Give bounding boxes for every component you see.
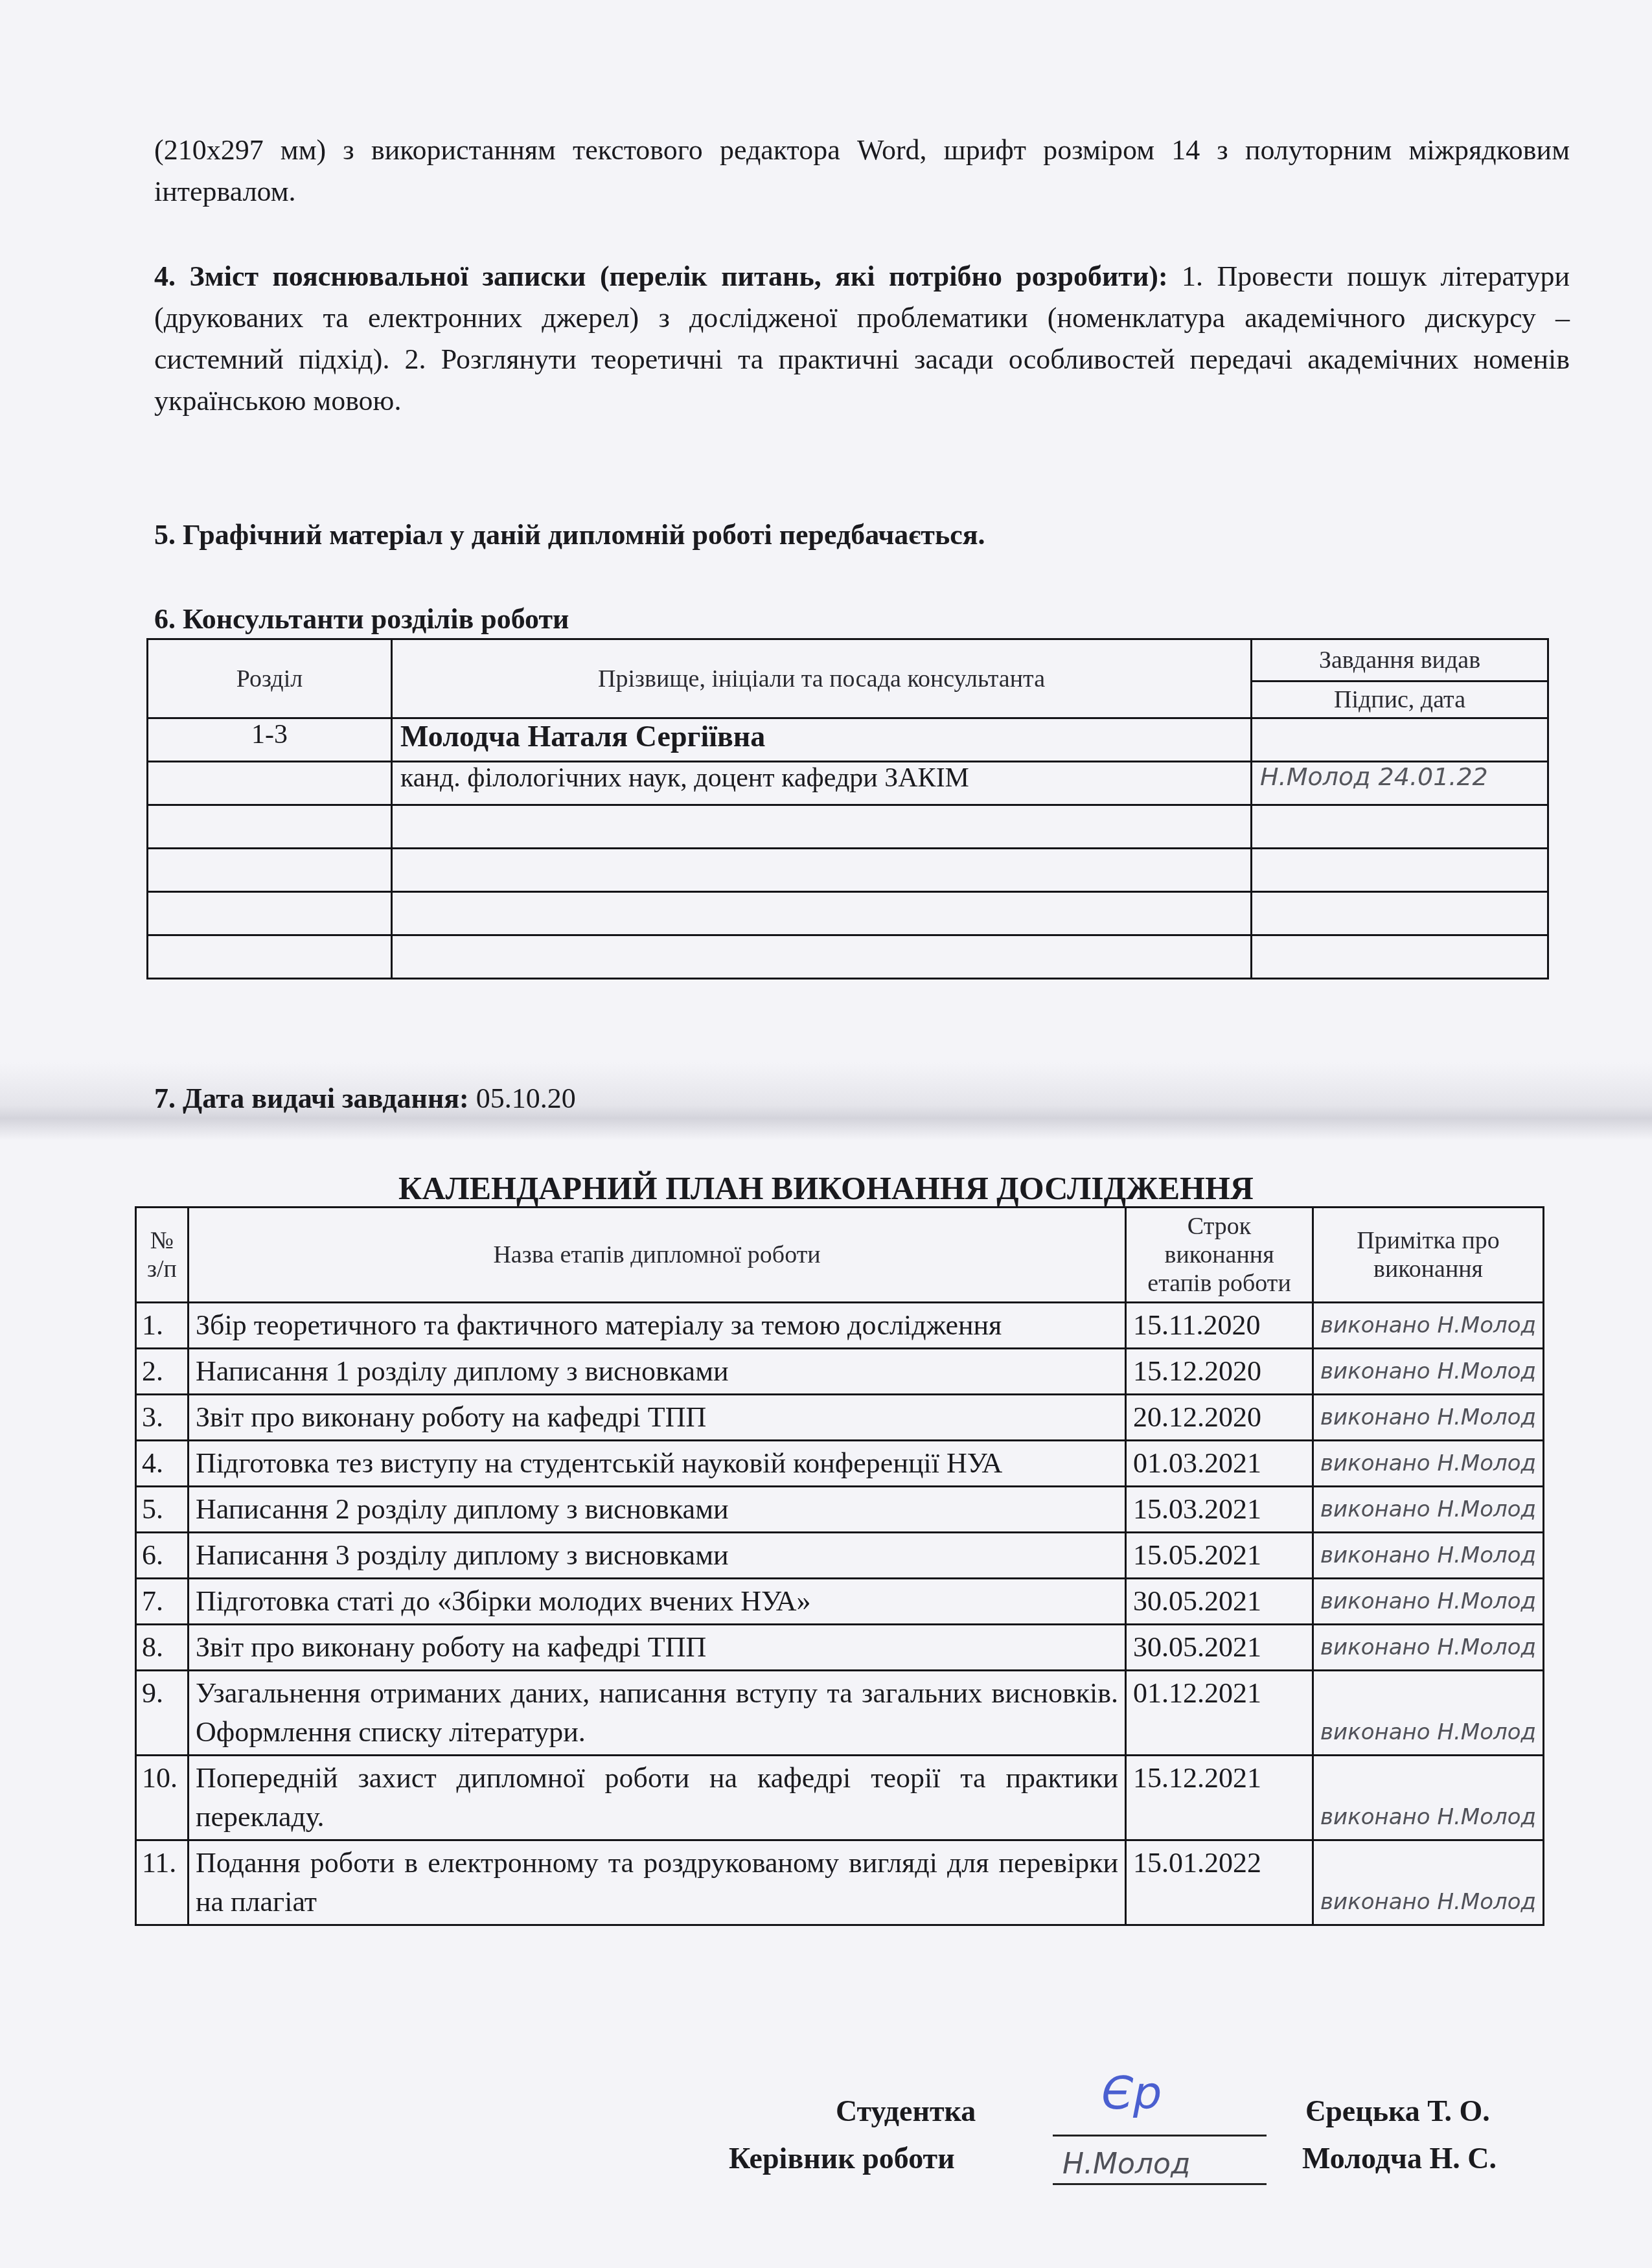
consultant-signature — [1252, 805, 1548, 849]
consultant-name — [392, 849, 1252, 892]
plan-stage: Узагальнення отриманих даних, написання … — [189, 1671, 1126, 1756]
plan-num: 4. — [136, 1441, 189, 1487]
plan-note: виконано Н.Молод — [1313, 1441, 1544, 1487]
plan-title: КАЛЕНДАРНИЙ ПЛАН ВИКОНАННЯ ДОСЛІДЖЕННЯ — [0, 1169, 1652, 1207]
plan-stage: Написання 2 розділу диплому з висновками — [189, 1487, 1126, 1533]
consultant-row: канд. філологічних наук, доцент кафедри … — [148, 762, 1548, 805]
consultant-section — [148, 935, 392, 979]
plan-stage: Підготовка тез виступу на студентській н… — [189, 1441, 1126, 1487]
student-signature-line — [1053, 2135, 1267, 2136]
col-signature-date: Підпис, дата — [1252, 682, 1548, 718]
plan-deadline: 15.01.2022 — [1126, 1840, 1313, 1925]
consultant-name: канд. філологічних наук, доцент кафедри … — [392, 762, 1252, 805]
section-5-heading: 5. Графічний матеріал у даній дипломній … — [154, 518, 985, 551]
consultant-section — [148, 805, 392, 849]
supervisor-signature-line — [1053, 2183, 1267, 2185]
plan-row: 11.Подання роботи в електронному та розд… — [136, 1840, 1544, 1925]
plan-note: виконано Н.Молод — [1313, 1487, 1544, 1533]
supervisor-signature: Н.Молод — [1062, 2148, 1190, 2181]
plan-stage: Написання 1 розділу диплому з висновками — [189, 1349, 1126, 1395]
plan-num: 2. — [136, 1349, 189, 1395]
student-name: Єрецька Т. О. — [1305, 2094, 1490, 2128]
plan-note: виконано Н.Молод — [1313, 1303, 1544, 1349]
plan-deadline: 15.12.2021 — [1126, 1756, 1313, 1840]
plan-stage: Попередній захист дипломної роботи на ка… — [189, 1756, 1126, 1840]
consultant-row — [148, 805, 1548, 849]
plan-row: 1.Збір теоретичного та фактичного матері… — [136, 1303, 1544, 1349]
plan-stage: Звіт про виконану роботу на кафедрі ТПП — [189, 1625, 1126, 1671]
issue-date-label: 7. Дата видачі завдання: — [154, 1082, 469, 1114]
plan-num: 3. — [136, 1395, 189, 1441]
plan-deadline: 01.03.2021 — [1126, 1441, 1313, 1487]
consultant-signature — [1252, 849, 1548, 892]
plan-num: 1. — [136, 1303, 189, 1349]
consultant-row — [148, 849, 1548, 892]
section-4-heading: 4. Зміст пояснювальної записки (перелік … — [154, 260, 1168, 292]
plan-row: 8.Звіт про виконану роботу на кафедрі ТП… — [136, 1625, 1544, 1671]
col-num: № з/п — [136, 1208, 189, 1303]
plan-deadline: 01.12.2021 — [1126, 1671, 1313, 1756]
col-note: Примітка про виконання — [1313, 1208, 1544, 1303]
plan-row: 10.Попередній захист дипломної роботи на… — [136, 1756, 1544, 1840]
consultant-name: Молодча Наталя Сергіївна — [392, 718, 1252, 762]
section-4: 4. Зміст пояснювальної записки (перелік … — [154, 256, 1570, 422]
plan-deadline: 30.05.2021 — [1126, 1625, 1313, 1671]
plan-note: виконано Н.Молод — [1313, 1533, 1544, 1579]
consultant-section — [148, 892, 392, 935]
plan-num: 9. — [136, 1671, 189, 1756]
col-task-issued: Завдання видав — [1252, 639, 1548, 682]
consultant-name — [392, 935, 1252, 979]
consultant-row — [148, 935, 1548, 979]
consultant-section — [148, 762, 392, 805]
section-6-heading: 6. Консультанти розділів роботи — [154, 602, 569, 636]
supervisor-label: Керівник роботи — [729, 2141, 955, 2175]
document-page: (210x297 мм) з використанням текстового … — [0, 0, 1652, 2268]
calendar-plan-table: № з/п Назва етапів дипломної роботи Стро… — [135, 1206, 1544, 1926]
plan-deadline: 15.12.2020 — [1126, 1349, 1313, 1395]
student-signature: Єр — [1101, 2067, 1162, 2120]
plan-num: 11. — [136, 1840, 189, 1925]
consultant-name — [392, 892, 1252, 935]
plan-stage: Збір теоретичного та фактичного матеріал… — [189, 1303, 1126, 1349]
consultant-signature — [1252, 718, 1548, 762]
plan-deadline: 20.12.2020 — [1126, 1395, 1313, 1441]
plan-num: 5. — [136, 1487, 189, 1533]
plan-note: виконано Н.Молод — [1313, 1840, 1544, 1925]
plan-deadline: 30.05.2021 — [1126, 1579, 1313, 1625]
consultant-signature: Н.Молод 24.01.22 — [1252, 762, 1548, 805]
col-deadline: Строк виконання етапів роботи — [1126, 1208, 1313, 1303]
plan-stage: Написання 3 розділу диплому з висновками — [189, 1533, 1126, 1579]
plan-note: виконано Н.Молод — [1313, 1579, 1544, 1625]
plan-row: 4.Підготовка тез виступу на студентській… — [136, 1441, 1544, 1487]
plan-row: 7.Підготовка статі до «Збірки молодих вч… — [136, 1579, 1544, 1625]
plan-stage: Підготовка статі до «Збірки молодих вчен… — [189, 1579, 1126, 1625]
plan-num: 8. — [136, 1625, 189, 1671]
plan-num: 7. — [136, 1579, 189, 1625]
consultant-section: 1-3 — [148, 718, 392, 762]
plan-row: 2.Написання 1 розділу диплому з висновка… — [136, 1349, 1544, 1395]
consultants-table: Розділ Прізвище, ініціали та посада конс… — [146, 638, 1549, 979]
consultant-row — [148, 892, 1548, 935]
plan-note: виконано Н.Молод — [1313, 1671, 1544, 1756]
issue-date-value: 05.10.20 — [476, 1082, 576, 1114]
plan-note: виконано Н.Молод — [1313, 1395, 1544, 1441]
col-consultant: Прізвище, ініціали та посада консультант… — [392, 639, 1252, 718]
plan-note: виконано Н.Молод — [1313, 1625, 1544, 1671]
plan-stage: Подання роботи в електронному та роздрук… — [189, 1840, 1126, 1925]
plan-row: 9.Узагальнення отриманих даних, написанн… — [136, 1671, 1544, 1756]
plan-deadline: 15.05.2021 — [1126, 1533, 1313, 1579]
consultant-row: 1-3Молодча Наталя Сергіївна — [148, 718, 1548, 762]
plan-num: 10. — [136, 1756, 189, 1840]
consultant-name — [392, 805, 1252, 849]
issue-date: 7. Дата видачі завдання: 05.10.20 — [154, 1082, 576, 1115]
plan-deadline: 15.11.2020 — [1126, 1303, 1313, 1349]
consultant-signature — [1252, 935, 1548, 979]
plan-note: виконано Н.Молод — [1313, 1349, 1544, 1395]
consultant-signature — [1252, 892, 1548, 935]
plan-note: виконано Н.Молод — [1313, 1756, 1544, 1840]
student-label: Студентка — [836, 2094, 976, 2128]
plan-num: 6. — [136, 1533, 189, 1579]
col-stage: Назва етапів дипломної роботи — [189, 1208, 1126, 1303]
col-section: Розділ — [148, 639, 392, 718]
plan-row: 3.Звіт про виконану роботу на кафедрі ТП… — [136, 1395, 1544, 1441]
consultant-section — [148, 849, 392, 892]
plan-row: 5.Написання 2 розділу диплому з висновка… — [136, 1487, 1544, 1533]
intro-paragraph: (210x297 мм) з використанням текстового … — [154, 130, 1570, 212]
plan-deadline: 15.03.2021 — [1126, 1487, 1313, 1533]
plan-row: 6.Написання 3 розділу диплому з висновка… — [136, 1533, 1544, 1579]
supervisor-name: Молодча Н. С. — [1302, 2141, 1497, 2175]
plan-stage: Звіт про виконану роботу на кафедрі ТПП — [189, 1395, 1126, 1441]
